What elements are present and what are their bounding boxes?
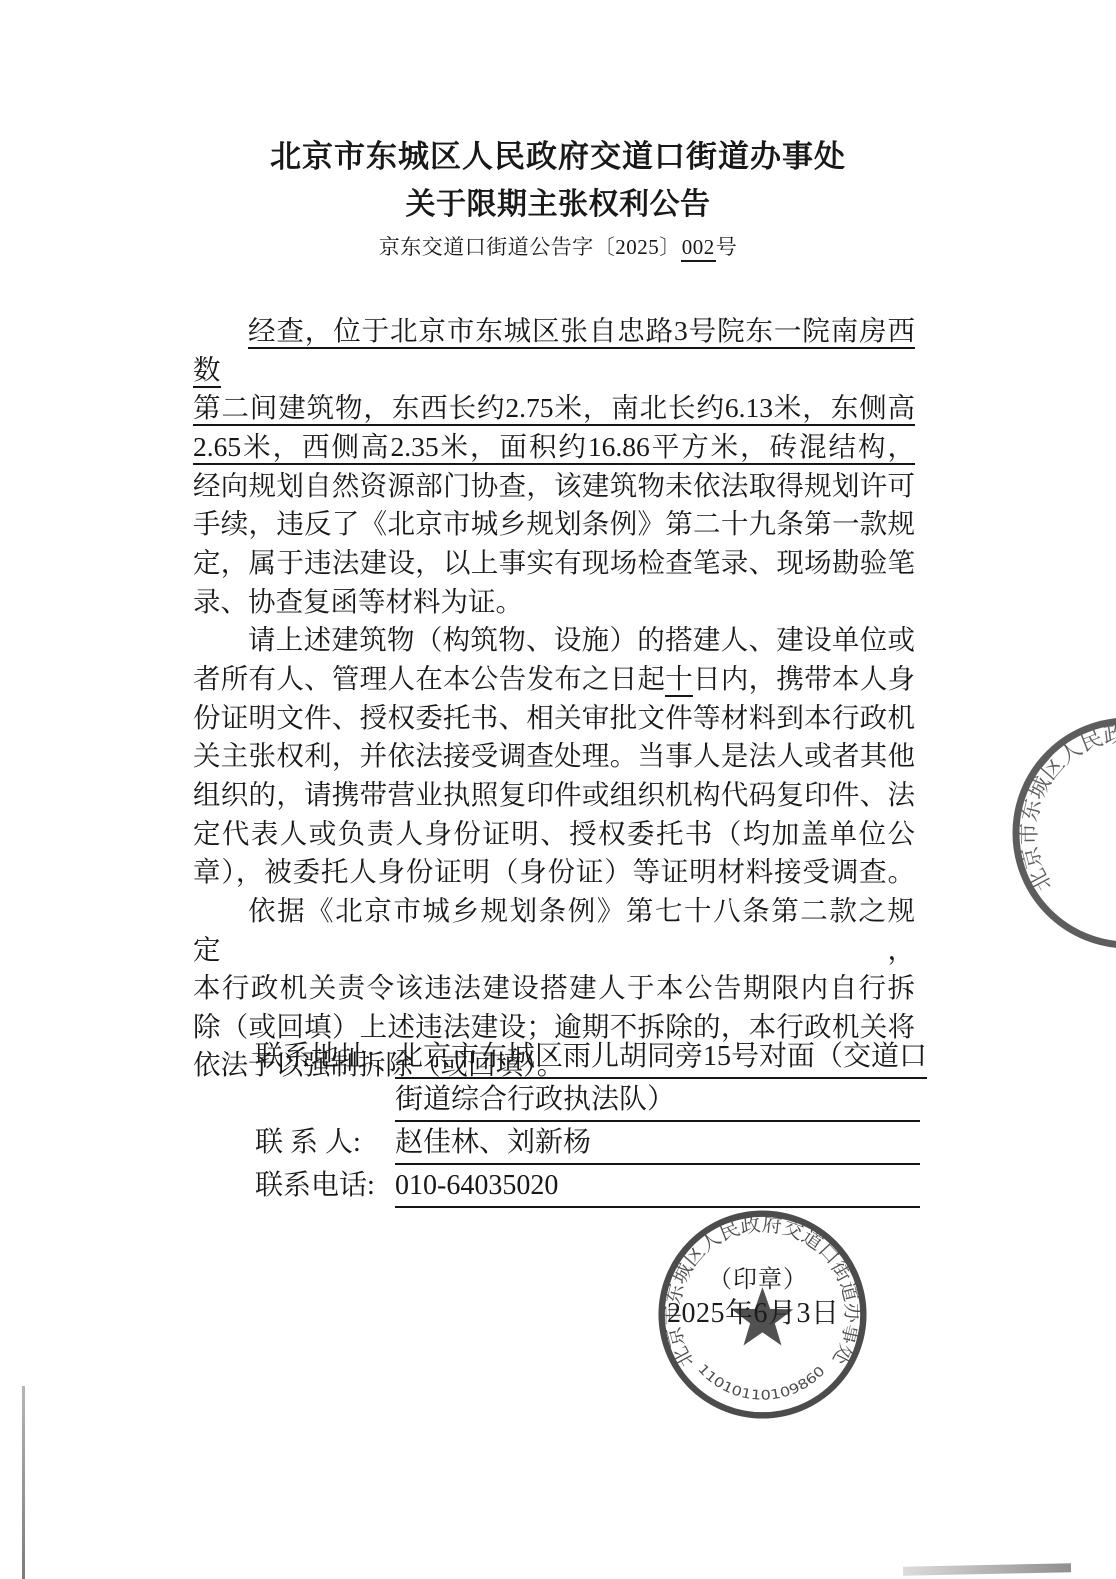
doc-line: 第二间建筑物，东西长约2.75米，南北长约6.13米，东侧高 xyxy=(193,389,915,428)
doc-line: 2.65米，西侧高2.35米，面积约16.86平方米，砖混结构， xyxy=(193,428,915,467)
doc-line: 经向规划自然资源部门协查，该建筑物未依法取得规划许可 xyxy=(193,467,915,506)
doc-line: 录、协查复函等材料为证。 xyxy=(193,583,915,622)
text-segment: 份证明文件、授权委托书、相关审批文件等材料到本行政机 xyxy=(193,702,915,733)
doc-line: 依据《北京市城乡规划条例》第七十八条第二款之规定， xyxy=(193,892,915,969)
text-segment: 定，属于违法建设，以上事实有现场检查笔录、现场勘验笔 xyxy=(193,547,915,578)
text-segment: 者所有人、管理人在本公告发布之日起 xyxy=(193,663,665,694)
contact-value: 北京市东城区雨儿胡同旁15号对面（交道口 xyxy=(395,1036,927,1079)
underlined-text: 十 xyxy=(665,663,693,697)
doc-line: 组织的，请携带营业执照复印件或组织机构代码复印件、法 xyxy=(193,776,915,815)
text-segment: 组织的，请携带营业执照复印件或组织机构代码复印件、法 xyxy=(193,779,915,810)
document-body: 经查，位于北京市东城区张自忠路3号院东一院南房西数第二间建筑物，东西长约2.75… xyxy=(193,312,915,1085)
doc-line: 份证明文件、授权委托书、相关审批文件等材料到本行政机 xyxy=(193,699,915,738)
doc-line: 章），被委托人身份证明（身份证）等证明材料接受调查。 xyxy=(193,853,915,892)
doc-line: 者所有人、管理人在本公告发布之日起十日内，携带本人身 xyxy=(193,660,915,699)
text-segment: 经向规划自然资源部门协查，该建筑物未依法取得规划许可 xyxy=(193,470,915,501)
contact-row: 街道综合行政执法队） xyxy=(255,1079,920,1122)
document-title-org: 北京市东城区人民政府交道口街道办事处 xyxy=(0,131,1116,176)
text-segment: 手续，违反了《北京市城乡规划条例》第二十九条第一款规 xyxy=(193,508,915,539)
doc-line: 经查，位于北京市东城区张自忠路3号院东一院南房西数 xyxy=(193,312,915,389)
doc-line: 请上述建筑物（构筑物、设施）的搭建人、建设单位或 xyxy=(193,621,915,660)
text-segment: 关主张权利，并依法接受调查处理。当事人是法人或者其他 xyxy=(193,740,915,771)
contact-row: 联 系 人: 赵佳林、刘新杨 xyxy=(255,1122,920,1165)
text-segment: 请上述建筑物（构筑物、设施）的搭建人、建设单位或 xyxy=(248,624,915,655)
document-number: 京东交道口街道公告字〔2025〕002号 xyxy=(0,231,1116,261)
document-number-prefix: 京东交道口街道公告字〔2025〕 xyxy=(379,235,681,259)
underlined-text: 经查，位于北京市东城区张自忠路3号院东一院南房西数 xyxy=(193,315,915,388)
contact-block: 联系地址: 北京市东城区雨儿胡同旁15号对面（交道口街道综合行政执法队）联 系 … xyxy=(255,1036,920,1208)
contact-label: 联 系 人: xyxy=(255,1122,395,1165)
doc-line: 定，属于违法建设，以上事实有现场检查笔录、现场勘验笔 xyxy=(193,544,915,583)
side-seal-icon: 北京市东城区人民政府交道口街道办事处 xyxy=(998,703,1116,963)
text-segment: 本行政机关责令该违法建设搭建人于本公告期限内自行拆 xyxy=(193,972,915,1003)
scan-artifact-bottom-corner xyxy=(903,1563,1071,1576)
contact-value: 赵佳林、刘新杨 xyxy=(395,1122,920,1165)
contact-label xyxy=(255,1079,395,1122)
text-segment: 录、协查复函等材料为证。 xyxy=(193,586,523,617)
text-segment: 日内，携带本人身 xyxy=(693,663,915,694)
document-number-value: 002 xyxy=(681,235,716,262)
scanned-document-page: 北京市东城区人民政府交道口街道办事处 关于限期主张权利公告 京东交道口街道公告字… xyxy=(0,0,1116,1579)
doc-line: 定代表人或负责人身份证明、授权委托书（均加盖单位公 xyxy=(193,815,915,854)
document-title-subject: 关于限期主张权利公告 xyxy=(0,179,1116,223)
document-number-suffix: 号 xyxy=(716,235,738,259)
contact-value: 街道综合行政执法队） xyxy=(395,1079,920,1122)
seal-code: 11010110109860 xyxy=(694,1362,828,1404)
doc-line: 关主张权利，并依法接受调查处理。当事人是法人或者其他 xyxy=(193,737,915,776)
seal-placeholder-label: （印章） xyxy=(708,1259,808,1294)
side-seal-ring-text: 北京市东城区人民政府交道口街道办事处 xyxy=(1016,721,1116,896)
underlined-text: 第二间建筑物，东西长约2.75米，南北长约6.13米，东侧高 xyxy=(193,392,915,426)
text-segment: 定代表人或负责人身份证明、授权委托书（均加盖单位公 xyxy=(193,818,915,849)
contact-label: 联系地址: xyxy=(255,1036,395,1079)
doc-line: 手续，违反了《北京市城乡规划条例》第二十九条第一款规 xyxy=(193,505,915,544)
issue-date: 2025年6月3日 xyxy=(667,1291,840,1331)
contact-row: 联系地址: 北京市东城区雨儿胡同旁15号对面（交道口 xyxy=(255,1036,920,1079)
text-segment: 章），被委托人身份证明（身份证）等证明材料接受调查。 xyxy=(193,856,915,887)
contact-label: 联系电话: xyxy=(255,1165,395,1208)
side-seal: 北京市东城区人民政府交道口街道办事处 xyxy=(998,703,1116,963)
underlined-text: 2.65米，西侧高2.35米，面积约16.86平方米，砖混结构， xyxy=(193,431,915,465)
scan-artifact-left-edge xyxy=(22,1386,25,1579)
doc-line: 本行政机关责令该违法建设搭建人于本公告期限内自行拆 xyxy=(193,969,915,1008)
text-segment: 依据《北京市城乡规划条例》第七十八条第二款之规定， xyxy=(193,895,915,965)
